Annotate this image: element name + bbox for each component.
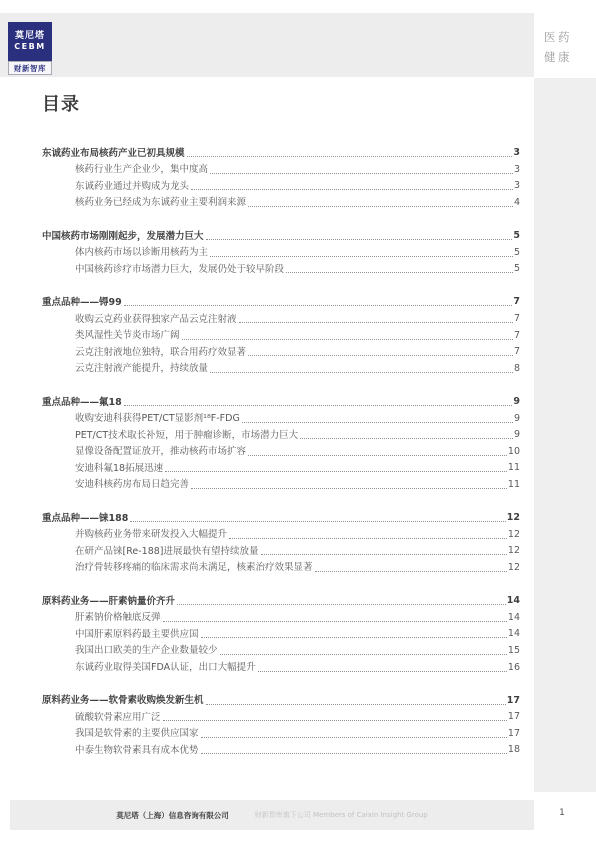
toc-entry-row[interactable]: 中国肝素原料药最主要供应国14 [42, 624, 520, 641]
toc-entry-title: 并购核药业务带来研发投入大幅提升 [75, 529, 227, 541]
toc-entry-page: 11 [508, 462, 520, 474]
toc-entry-page: 14 [508, 628, 520, 640]
industry-tag: 医药 健康 [544, 27, 572, 67]
toc-entry-title: 收购安迪科获得PET/CT显影剂¹⁸F-FDG [75, 413, 240, 425]
dotted-leader [229, 537, 507, 539]
logo-name-en: CEBM [14, 42, 45, 52]
right-sidebar-band [534, 78, 596, 792]
dotted-leader [124, 304, 513, 306]
footer-company-name: 莫尼塔（上海）信息咨询有限公司 [116, 810, 229, 821]
toc-entry-title: 安迪科氟18拓展迅速 [75, 463, 163, 475]
company-logo: 莫尼塔 CEBM 财新智库 [8, 22, 52, 75]
toc-entry-row[interactable]: 体内核药市场以诊断用核药为主5 [42, 243, 520, 260]
dotted-leader [130, 520, 505, 522]
toc-entry-row[interactable]: 并购核药业务带来研发投入大幅提升12 [42, 525, 520, 542]
toc-entry-title: 云克注射液地位独特，联合用药疗效显著 [75, 347, 246, 359]
toc-entry-row[interactable]: 硫酸软骨素应用广泛17 [42, 707, 520, 724]
toc-entry-page: 7 [514, 346, 520, 358]
toc-entry-page: 5 [513, 230, 520, 242]
toc-entry-title: 类风湿性关节炎市场广阔 [75, 330, 180, 342]
toc-entry-page: 16 [508, 662, 520, 674]
toc-entry-title: 东诚药业取得美国FDA认证，出口大幅提升 [75, 662, 256, 674]
toc-entry-title: 原料药业务——软骨素收购焕发新生机 [42, 695, 204, 707]
dotted-leader [187, 155, 513, 157]
industry-tag-line2: 健康 [544, 47, 572, 67]
header-band [0, 13, 534, 77]
toc-entry-page: 5 [514, 263, 520, 275]
toc-entry-title: 我国出口欧美的生产企业数量较少 [75, 645, 218, 657]
toc-entry-title: 收购云克药业获得独家产品云克注射液 [75, 314, 237, 326]
dotted-leader [182, 338, 513, 340]
toc-section-row[interactable]: 重点品种——锝997 [42, 292, 520, 309]
toc-entry-title: 重点品种——铼188 [42, 513, 128, 525]
dotted-leader [248, 454, 507, 456]
toc-entry-page: 12 [508, 562, 520, 574]
dotted-leader [248, 205, 513, 207]
toc-entry-title: 中国核药市场刚刚起步，发展潜力巨大 [42, 231, 204, 243]
toc-entry-row[interactable]: 我国出口欧美的生产企业数量较少15 [42, 641, 520, 658]
toc-entry-page: 8 [514, 363, 520, 375]
toc-entry-row[interactable]: 收购云克药业获得独家产品云克注射液7 [42, 309, 520, 326]
industry-tag-line1: 医药 [544, 27, 572, 47]
toc-entry-page: 10 [508, 446, 520, 458]
toc-entry-row[interactable]: 显像设备配置证放开，推动核药市场扩容10 [42, 442, 520, 459]
toc-entry-page: 11 [508, 479, 520, 491]
toc-entry-title: 中国核药诊疗市场潜力巨大，发展仍处于较早阶段 [75, 264, 284, 276]
toc-entry-title: PET/CT技术取长补短，用于肿瘤诊断，市场潜力巨大 [75, 430, 298, 442]
toc-entry-row[interactable]: 云克注射液地位独特，联合用药疗效显著7 [42, 342, 520, 359]
toc-entry-page: 14 [508, 612, 520, 624]
toc-entry-page: 7 [514, 330, 520, 342]
dotted-leader [248, 354, 513, 356]
toc-entry-title: 重点品种——锝99 [42, 297, 122, 309]
toc-section-row[interactable]: 中国核药市场刚刚起步，发展潜力巨大5 [42, 226, 520, 243]
toc-entry-row[interactable]: 安迪科氟18拓展迅速11 [42, 458, 520, 475]
toc-entry-page: 12 [507, 512, 520, 524]
dotted-leader [165, 470, 507, 472]
toc-entry-title: 核药业务已经成为东诚药业主要利润来源 [75, 197, 246, 209]
toc-entry-row[interactable]: 治疗骨转移疼痛的临床需求尚未满足，核素治疗效果显著12 [42, 558, 520, 575]
dotted-leader [201, 636, 507, 638]
toc-entry-row[interactable]: 收购安迪科获得PET/CT显影剂¹⁸F-FDG9 [42, 409, 520, 426]
toc-entry-page: 14 [507, 595, 520, 607]
dotted-leader [300, 437, 513, 439]
dotted-leader [163, 719, 507, 721]
toc-entry-page: 7 [514, 313, 520, 325]
toc-entry-title: 中国肝素原料药最主要供应国 [75, 629, 199, 641]
toc-entry-page: 17 [507, 695, 520, 707]
toc-entry-title: 东诚药业通过并购成为龙头 [75, 181, 189, 193]
toc-section-row[interactable]: 原料药业务——肝素钠量价齐升14 [42, 591, 520, 608]
toc-entry-page: 9 [514, 413, 520, 425]
toc-entry-row[interactable]: PET/CT技术取长补短，用于肿瘤诊断，市场潜力巨大9 [42, 425, 520, 442]
dotted-leader [210, 255, 513, 257]
dotted-leader [191, 188, 513, 190]
page-title: 目录 [42, 94, 520, 116]
dotted-leader [201, 752, 507, 754]
toc-section-row[interactable]: 重点品种——氟189 [42, 392, 520, 409]
dotted-leader [206, 703, 506, 705]
toc-entry-page: 3 [514, 164, 520, 176]
footer: 莫尼塔（上海）信息咨询有限公司 财新智库旗下公司 Members of Caix… [10, 800, 534, 830]
toc-entry-page: 9 [514, 429, 520, 441]
toc-section-row[interactable]: 东诚药业布局核药产业已初具规模3 [42, 143, 520, 160]
dotted-leader [220, 653, 507, 655]
dotted-leader [258, 670, 507, 672]
dotted-leader [201, 736, 507, 738]
content-area: 目录 东诚药业布局核药产业已初具规模3核药行业生产企业少，集中度高3东诚药业通过… [42, 94, 520, 757]
toc-entry-title: 硫酸软骨素应用广泛 [75, 712, 161, 724]
toc-entry-row[interactable]: 我国是软骨素的主要供应国家17 [42, 724, 520, 741]
toc-entry-row[interactable]: 东诚药业取得美国FDA认证，出口大幅提升16 [42, 657, 520, 674]
toc-entry-page: 18 [508, 744, 520, 756]
toc-entry-page: 12 [508, 529, 520, 541]
toc-entry-title: 我国是软骨素的主要供应国家 [75, 728, 199, 740]
toc-entry-title: 治疗骨转移疼痛的临床需求尚未满足，核素治疗效果显著 [75, 562, 313, 574]
dotted-leader [210, 172, 513, 174]
toc-entry-title: 中泰生物软骨素具有成本优势 [75, 745, 199, 757]
logo-mark: 莫尼塔 CEBM [8, 22, 52, 61]
dotted-leader [315, 570, 507, 572]
toc-entry-page: 5 [514, 247, 520, 259]
toc-entry-row[interactable]: 肝素钠价格触底反弹14 [42, 608, 520, 625]
toc-entry-title: 显像设备配置证放开，推动核药市场扩容 [75, 446, 246, 458]
dotted-leader [124, 404, 513, 406]
toc-entry-title: 在研产品铼[Re-188]进展最快有望持续放量 [75, 546, 259, 558]
logo-name-cn: 莫尼塔 [15, 31, 45, 42]
toc-entry-row[interactable]: 在研产品铼[Re-188]进展最快有望持续放量12 [42, 541, 520, 558]
toc-entry-row[interactable]: 云克注射液产能提升，持续放量8 [42, 359, 520, 376]
dotted-leader [177, 603, 506, 605]
toc-entry-page: 17 [508, 728, 520, 740]
toc-entry-page: 12 [508, 545, 520, 557]
toc-entry-row[interactable]: 安迪科核药房布局日趋完善11 [42, 475, 520, 492]
toc-entry-page: 7 [513, 296, 520, 308]
toc-entry-title: 体内核药市场以诊断用核药为主 [75, 247, 208, 259]
toc-entry-row[interactable]: 核药行业生产企业少，集中度高3 [42, 160, 520, 177]
toc-section-row[interactable]: 原料药业务——软骨素收购焕发新生机17 [42, 691, 520, 708]
toc-entry-row[interactable]: 中国核药诊疗市场潜力巨大，发展仍处于较早阶段5 [42, 259, 520, 276]
toc-entry-row[interactable]: 核药业务已经成为东诚药业主要利润来源4 [42, 193, 520, 210]
toc-entry-title: 东诚药业布局核药产业已初具规模 [42, 148, 185, 160]
toc-entry-title: 重点品种——氟18 [42, 397, 122, 409]
toc-entry-title: 核药行业生产企业少，集中度高 [75, 164, 208, 176]
toc-entry-page: 3 [513, 147, 520, 159]
dotted-leader [286, 271, 513, 273]
toc-entry-page: 3 [514, 180, 520, 192]
toc-section-row[interactable]: 重点品种——铼18812 [42, 508, 520, 525]
toc-entry-page: 15 [508, 645, 520, 657]
document-page: 莫尼塔 CEBM 财新智库 医药 健康 目录 东诚药业布局核药产业已初具规模3核… [0, 0, 596, 842]
dotted-leader [206, 238, 513, 240]
dotted-leader [242, 421, 513, 423]
toc-entry-page: 9 [513, 396, 520, 408]
dotted-leader [210, 371, 513, 373]
toc-list: 东诚药业布局核药产业已初具规模3核药行业生产企业少，集中度高3东诚药业通过并购成… [42, 143, 520, 757]
toc-entry-row[interactable]: 类风湿性关节炎市场广阔7 [42, 326, 520, 343]
toc-entry-row[interactable]: 东诚药业通过并购成为龙头3 [42, 176, 520, 193]
logo-subtitle: 财新智库 [8, 61, 52, 75]
toc-entry-title: 原料药业务——肝素钠量价齐升 [42, 596, 175, 608]
dotted-leader [239, 321, 513, 323]
toc-entry-row[interactable]: 中泰生物软骨素具有成本优势18 [42, 740, 520, 757]
footer-affiliation: 财新智库旗下公司 Members of Caixin Insight Group [255, 810, 428, 820]
toc-entry-title: 云克注射液产能提升，持续放量 [75, 363, 208, 375]
toc-entry-page: 4 [514, 197, 520, 209]
dotted-leader [163, 620, 507, 622]
toc-entry-title: 肝素钠价格触底反弹 [75, 612, 161, 624]
toc-entry-title: 安迪科核药房布局日趋完善 [75, 479, 189, 491]
page-number: 1 [552, 808, 572, 818]
toc-entry-page: 17 [508, 711, 520, 723]
dotted-leader [261, 553, 507, 555]
dotted-leader [191, 487, 507, 489]
